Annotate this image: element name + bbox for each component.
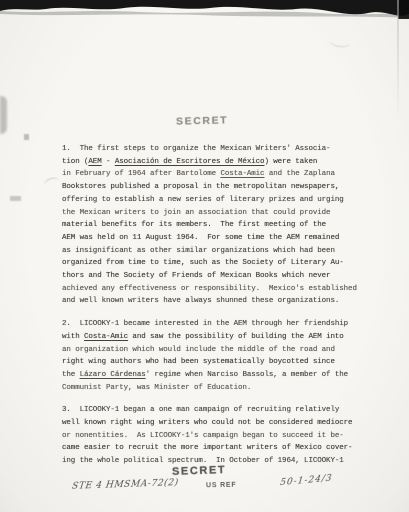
text-line: material benefits for its members. The f… (62, 219, 362, 232)
text-line: 3. LICOOKY-1 began a one man campaign of… (62, 404, 362, 417)
text-line: tion (AEM - Asociación de Escritores de … (62, 156, 362, 169)
small-reference-stamp: US REF (206, 482, 237, 490)
text-line: in February of 1964 after Bartolome Cost… (62, 168, 362, 181)
text-line: offering to establish a new series of li… (62, 194, 362, 207)
text-line: or nonentities. As LICOOKY-1's campaign … (62, 430, 362, 443)
text-line: AEM was held on 11 August 1964. For some… (62, 232, 362, 245)
paragraph-3: 3. LICOOKY-1 began a one man campaign of… (62, 404, 362, 468)
text-line: well known right wing writers who could … (62, 417, 362, 430)
text-line: the Mexican writers to join an associati… (62, 207, 362, 220)
text-line: the Lázaro Cárdenas' regime when Narciso… (62, 369, 362, 382)
text-line: an organization which would include the … (62, 344, 362, 357)
paragraph-2: 2. LICOOKY-1 became interested in the AE… (62, 318, 362, 394)
text-line: came easier to recruit the more importan… (62, 442, 362, 455)
handwritten-reference-right: 50-1-24/3 (279, 474, 333, 489)
text-line: 1. The first steps to organize the Mexic… (62, 143, 362, 156)
paragraph-1: 1. The first steps to organize the Mexic… (62, 143, 362, 308)
handwritten-reference-left: STE 4 HMSMA-72(2) (71, 478, 179, 492)
text-line: as insignificant as other similar organi… (62, 245, 362, 258)
pencil-mark (43, 176, 62, 191)
page-edge-line (397, 0, 399, 120)
margin-smudge (10, 196, 21, 201)
text-line: thors and The Society of Friends of Mexi… (62, 270, 362, 283)
secret-stamp-top: SECRET (176, 114, 228, 127)
corner-scan-mark (328, 35, 351, 49)
text-line: with Costa-Amic and saw the possibility … (62, 331, 362, 344)
text-line: organized from time to time, such as the… (62, 257, 362, 270)
text-line: ing the whole political spectrum. In Oct… (62, 455, 362, 468)
torn-edge-shape (0, 0, 409, 26)
margin-speck (24, 134, 29, 140)
text-line: right wing authors who had been systemat… (62, 356, 362, 369)
text-line: 2. LICOOKY-1 became interested in the AE… (62, 318, 362, 331)
footer-annotations: STE 4 HMSMA-72(2) US REF 50-1-24/3 (0, 474, 409, 508)
text-line: Bookstores published a proposal in the m… (62, 181, 362, 194)
left-edge-smudge (0, 96, 7, 134)
document-body: 1. The first steps to organize the Mexic… (62, 143, 362, 478)
text-line: achieved any effectiveness or responsibi… (62, 283, 362, 296)
scanned-document-page: SECRET SECRET 1. The first steps to orga… (0, 0, 409, 512)
text-line: and well known writers have always shunn… (62, 295, 362, 308)
text-line: Communist Party, was Minister of Educati… (62, 382, 362, 395)
scan-top-edge-artifact (0, 0, 409, 26)
